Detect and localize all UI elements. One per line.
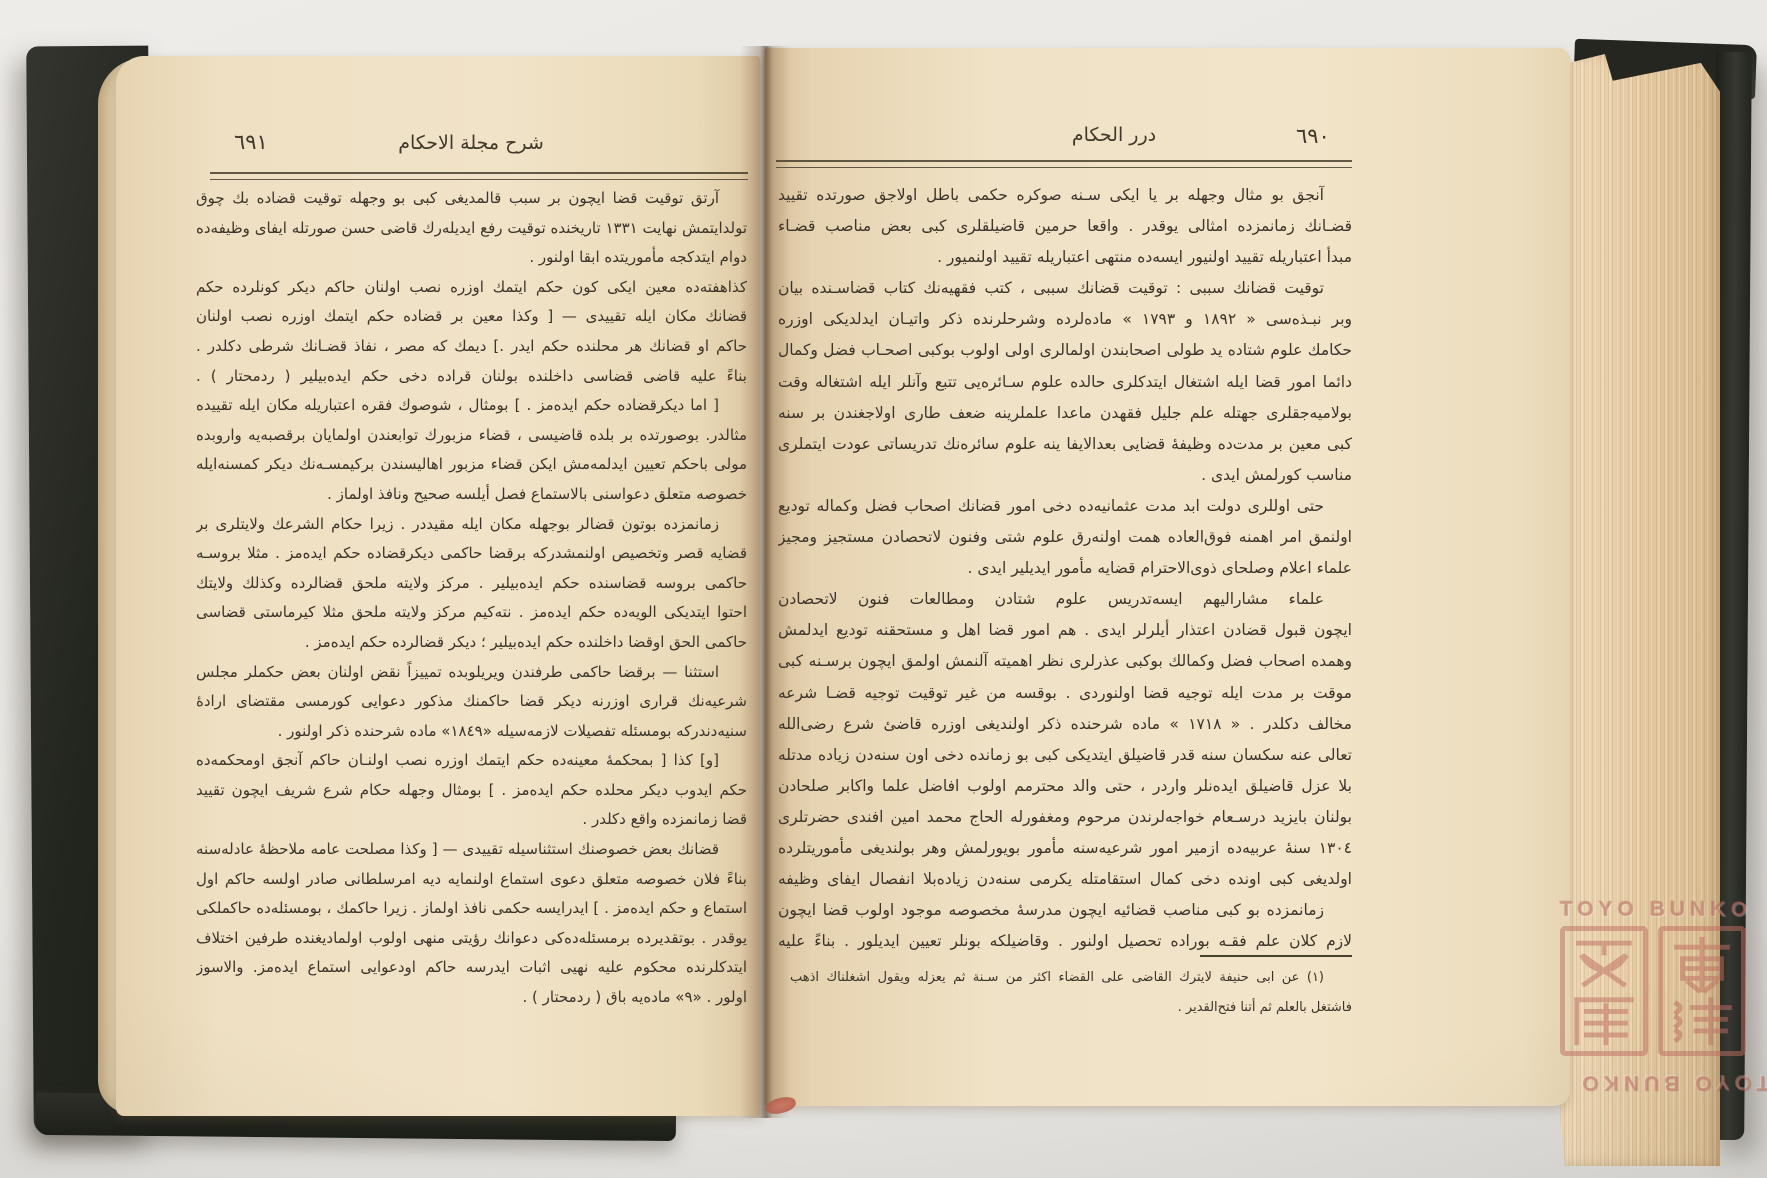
text-line: تعالى عنه سكسان سنه قدر قاضيلق ايتديكى ك…	[778, 740, 1352, 771]
text-line: توقيت قضانك سببى : توقيت قضانك سببى ، كت…	[778, 273, 1352, 304]
text-line: ايتدكلرنده محكوم عليه نهيى اثبات ايدرسه …	[196, 953, 747, 983]
page-fore-edge-right	[1560, 54, 1720, 1166]
text-line: يوقدر . بوتقديرده برمسئله‌ده‌كى دعوانك ر…	[196, 924, 747, 954]
text-line: [ اما ديكرقضاده حكم ايده‌مز . ] بومثال ،…	[196, 391, 747, 421]
text-line: زمانمزده بو كبى مناصب قضائيه ايچون مدرسه…	[778, 895, 1352, 926]
text-line: قضايه قصر وتخصيص اولنمشدركه برقضا حاكمى …	[196, 539, 747, 569]
text-line: وبر نبـذه‌سى « ١٨٩٢ و ١٧٩٣ » ماده‌لرده و…	[778, 304, 1352, 335]
text-line: خصوصه متعلق دعواسنى بالاستماع فصل أيلسه …	[196, 480, 747, 510]
text-line: حكامك علوم شتاده يد طولى اصحابندن اولمال…	[778, 335, 1352, 366]
right-page: درر الحكام ٦٩٠ آنجق بو مثال وجهله بر يا …	[764, 48, 1570, 1106]
text-line: دائما امور قضا ايله اشتغال ايتدكلرى حالد…	[778, 367, 1352, 398]
text-line: قضانك مكان ايله تقييدى — [ وكذا معين بر …	[196, 302, 747, 332]
text-line: حاكمى بروسه قضاسنده حكم ايده‌بيلير . مرك…	[196, 569, 747, 599]
text-line: استماع و حكم ايده‌مز . ] ايدرايسه حكمى ن…	[196, 894, 747, 924]
text-line: [و] كذا [ بمحكمهٔ معينه‌ده حكم ايتمك اوز…	[196, 746, 747, 776]
right-running-title: درر الحكام	[874, 124, 1354, 146]
right-page-number: ٦٩٠	[1296, 124, 1330, 148]
left-page: ٦٩١ شرح مجلة الاحكام آرتق توقيت قضا ايچو…	[116, 56, 760, 1116]
text-line: مولى باحكم تعيين ايدلمه‌مش ايكن قضاء مزب…	[196, 450, 747, 480]
footnote-rule	[1200, 955, 1352, 957]
text-line: شرعيه‌نك قرارى اوزرنه ديكر قضا حاكمنك مذ…	[196, 687, 747, 717]
text-line: ايچون قبول قضادن اعتذار أيلرلر ايدى . هم…	[778, 615, 1352, 646]
right-header-rule	[776, 160, 1352, 168]
text-line: دوام ايتدكجه مأموريتده ابقا اولنور .	[196, 243, 747, 273]
text-line: موقت بر مدت ايله توجيه قضا اولنوردى . بو…	[778, 678, 1352, 709]
text-line: حكم ايدوب ديكر محلده حكم ايده‌مز . ] بوم…	[196, 776, 747, 806]
text-line: بولاميه‌جقلرى جهتله علم جليل فقهدن ماعدا…	[778, 398, 1352, 429]
text-line: كبى معين بر مدت‌ده وظيفهٔ قضايى بعدالايف…	[778, 429, 1352, 460]
text-line: بلا عزل قاضيلق ايده‌نلر واردر ، حتى والد…	[778, 771, 1352, 802]
text-line: اولنمق امر اهمنه فوق‌العاده همت اولنه‌رق…	[778, 522, 1352, 553]
text-line: ١٣٠٤ سنهٔ عربيه‌ده ازمير امور شرعيه‌سنه …	[778, 833, 1352, 864]
text-line: حاكم او قضانك هر محلنده حكم ايدر .] ديمك…	[196, 332, 747, 362]
text-line: علماء مشاراليهم ايسه‌تدريس علوم شتادن وم…	[778, 584, 1352, 615]
left-running-title: شرح مجلة الاحكام	[196, 132, 746, 154]
text-line: مبدأ اعتباريله تقييد اولنيور ايسه‌ده منت…	[778, 242, 1352, 273]
text-line: فاشتغل بالعلم ثم أتنا فتح‌القدير .	[790, 993, 1352, 1023]
text-line: حاكمى الحق اوقضا داخلنده حكم ايده‌بيلير …	[196, 628, 747, 658]
text-line: بناءً فلان خصوصه متعلق دعوى استماع اولنم…	[196, 865, 747, 895]
text-line: تولدايتمش نهايت ١٣٣١ تاريخنده توقيت رفع …	[196, 214, 747, 244]
text-line: وهمده اصحاب فضل وكمالك بوكبى عذرلرى نظر …	[778, 646, 1352, 677]
text-line: كذاهفته‌ده معين ايكى كون حكم ايتمك اوزره…	[196, 273, 747, 303]
text-line: استثنا — برقضا حاكمى طرفندن ويريلوبده تم…	[196, 658, 747, 688]
text-line: حتى اوللرى دولت ابد مدت عثمانيه‌ده دخى ا…	[778, 491, 1352, 522]
text-line: بناءً عليه قاضى قضاسى داخلنده بولنان قرا…	[196, 362, 747, 392]
text-line: لازم كلان علم فقـه بوراده تحصيل اولنور .…	[778, 926, 1352, 957]
text-line: مثالدر. بوصورتده بر بلده قاضيسى ، قضاء م…	[196, 421, 747, 451]
text-line: مخالف دكلدر . « ١٧١٨ » ماده شرحنده ذكر ا…	[778, 709, 1352, 740]
footnote-text: (١) عن ابى حنيفة لايترك القاضى على القضا…	[790, 963, 1352, 1023]
book-photograph: ٦٩١ شرح مجلة الاحكام آرتق توقيت قضا ايچو…	[0, 0, 1767, 1178]
text-line: آرتق توقيت قضا ايچون بر سبب قالمديغى كبى…	[196, 184, 747, 214]
text-line: مناسب كورلمش ايدى .	[778, 460, 1352, 491]
text-line: احتوا ايتديكى الويه‌ده حكم ايده‌مز . نته…	[196, 598, 747, 628]
text-line: سنيه‌دندركه بومسئله تفصيلات لازمه‌سيله «…	[196, 717, 747, 747]
text-line: اولديغى كبى اونده دخى كمال استقامتله يكر…	[778, 864, 1352, 895]
text-line: زمانمزده بوتون قضالر بوجهله مكان ايله مق…	[196, 510, 747, 540]
text-line: (١) عن ابى حنيفة لايترك القاضى على القضا…	[790, 963, 1352, 993]
left-header-rule	[210, 172, 748, 180]
right-page-text: آنجق بو مثال وجهله بر يا ايكى سـنه صوكره…	[778, 180, 1352, 957]
text-line: اولور . «٩» ماده‌يه باق ( ردمحتار ) .	[196, 983, 747, 1013]
text-line: آنجق بو مثال وجهله بر يا ايكى سـنه صوكره…	[778, 180, 1352, 211]
text-line: قضا زمانمزده واقع دكلدر .	[196, 805, 747, 835]
text-line: قضانك بعض خصوصنك استثناسيله تقييدى — [ و…	[196, 835, 747, 865]
left-page-text: آرتق توقيت قضا ايچون بر سبب قالمديغى كبى…	[196, 184, 747, 1013]
text-line: علماء اعلام وصلحاى ذوى‌الاحترام قضايه مأ…	[778, 553, 1352, 584]
text-line: قضـانك زمانمزده امثالى يوقدر . واقعا حرم…	[778, 211, 1352, 242]
text-line: بولنان بايزيد درسـعام خواجه‌لرندن مرحوم …	[778, 802, 1352, 833]
